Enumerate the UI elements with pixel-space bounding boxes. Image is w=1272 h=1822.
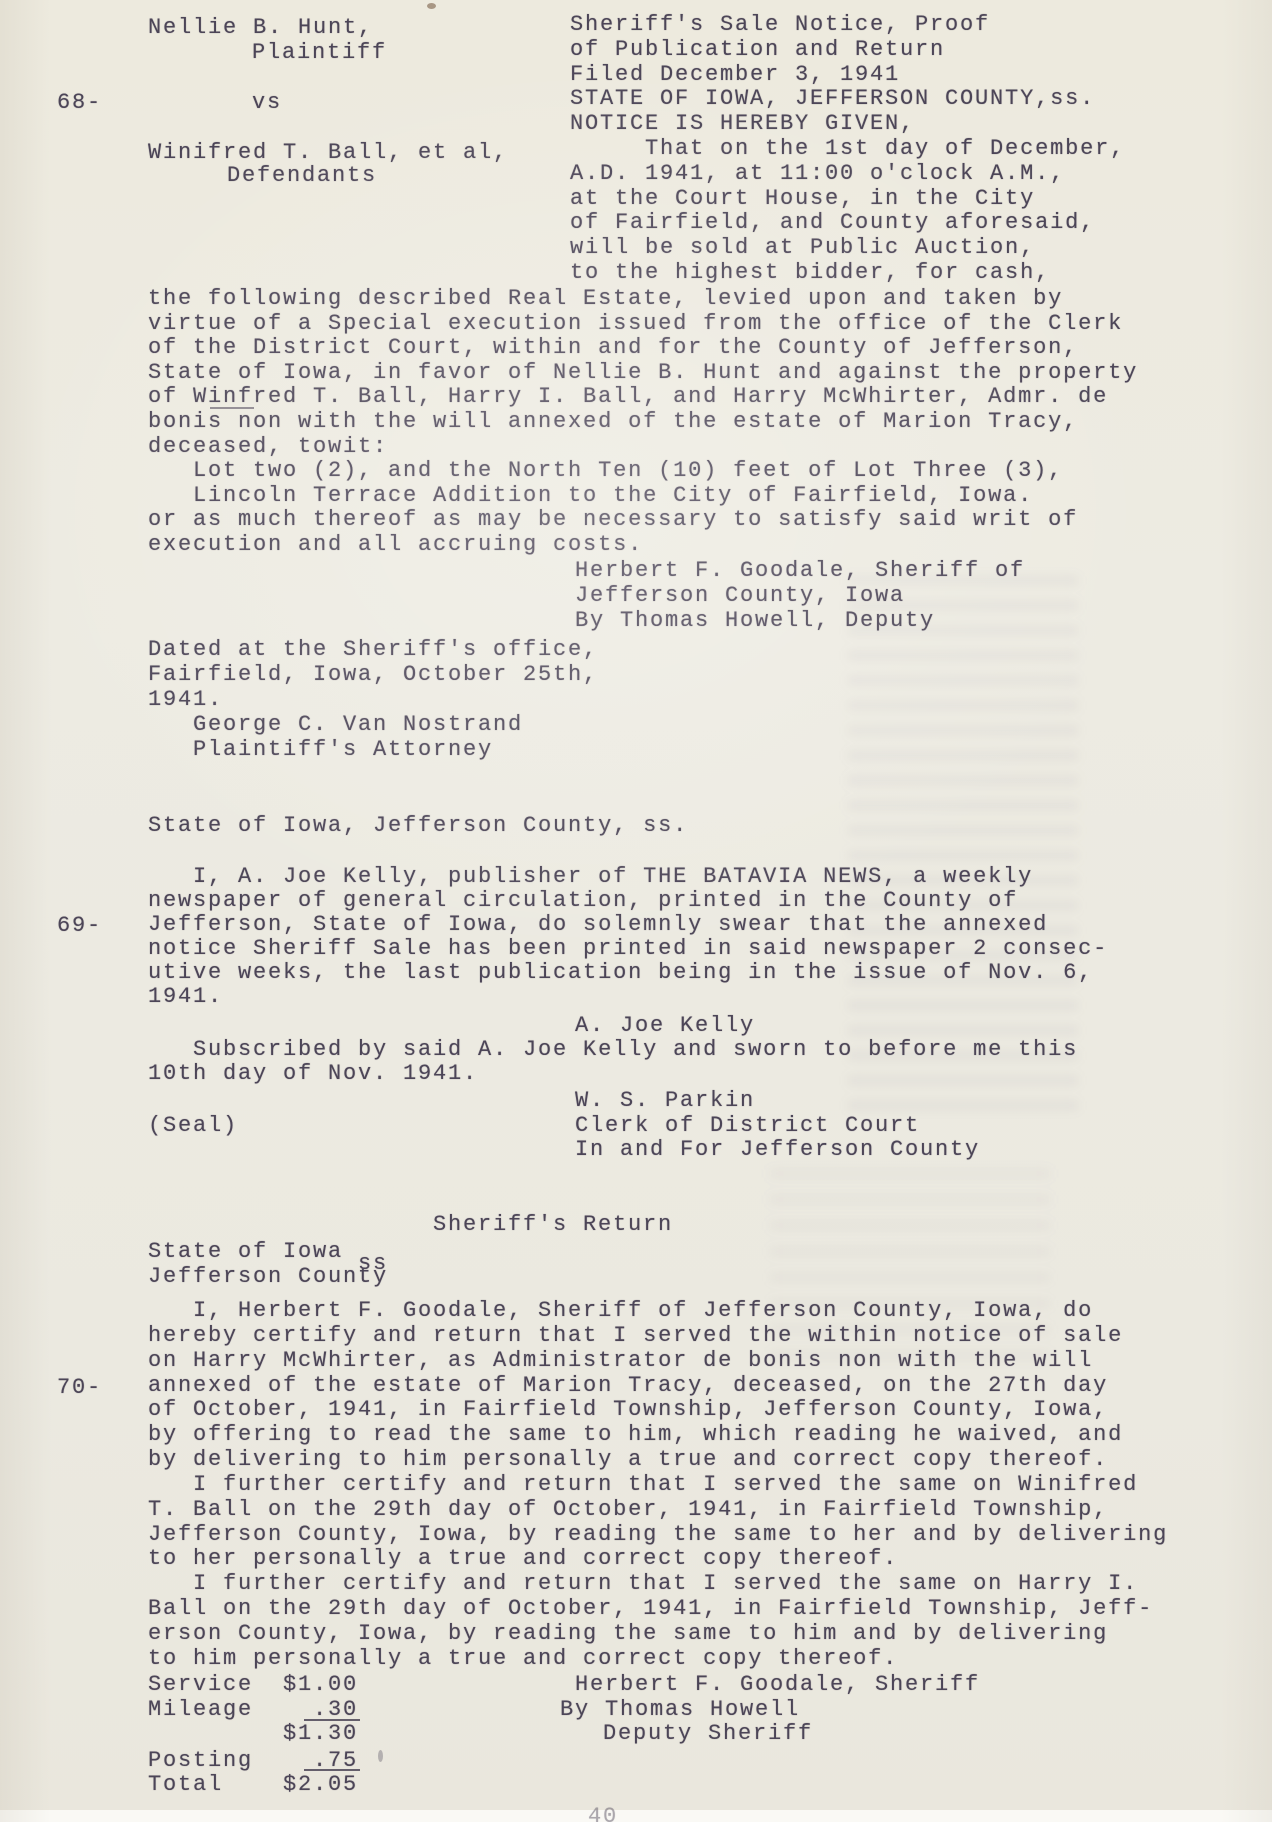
paper-speck (427, 3, 436, 9)
affidavit-venue-line: State of Iowa, Jefferson County, ss. (148, 813, 688, 838)
cost-label: Service (148, 1672, 253, 1697)
subscription-statement: Subscribed by said A. Joe Kelly and swor… (148, 1038, 1078, 1086)
notary-name: W. S. Parkin (575, 1088, 755, 1113)
cost-label: Posting (148, 1748, 253, 1773)
notary-title: Clerk of District Court (575, 1113, 920, 1138)
scan-edge (0, 1810, 1272, 1822)
publication-affidavit-block: I, A. Joe Kelly, publisher of THE BATAVI… (148, 865, 1108, 1009)
page-number-partial: 40 (588, 1804, 618, 1822)
cost-amount: $1.00 (283, 1672, 358, 1697)
return-venue-county: Jefferson County (148, 1264, 388, 1289)
publisher-signature: A. Joe Kelly (575, 1013, 755, 1038)
sheriffs-return-heading: Sheriff's Return (433, 1212, 673, 1237)
cost-amount: $2.05 (283, 1772, 358, 1797)
return-venue-state: State of Iowa (148, 1239, 343, 1264)
plaintiff-role-label: Plaintiff (252, 40, 387, 65)
sheriffs-return-body: I, Herbert F. Goodale, Sheriff of Jeffer… (148, 1299, 1168, 1672)
notice-body-block: the following described Real Estate, lev… (148, 287, 1138, 558)
notice-header-block: Sheriff's Sale Notice, Proof of Publicat… (570, 13, 1125, 286)
dated-block: Dated at the Sheriff's office, Fairfield… (148, 637, 598, 762)
return-signature-by: By Thomas Howell (560, 1697, 800, 1722)
sum-rule (304, 1769, 360, 1771)
defendant-role-label: Defendants (227, 163, 377, 188)
plaintiff-name: Nellie B. Hunt, (148, 15, 373, 40)
return-signature-title: Deputy Sheriff (603, 1721, 813, 1746)
cost-amount: $1.30 (283, 1721, 358, 1746)
cost-label: Total (148, 1772, 223, 1797)
cost-label: Mileage (148, 1697, 253, 1722)
paper-speck (378, 1750, 383, 1762)
vs-label: vs (252, 90, 282, 115)
return-signature-name: Herbert F. Goodale, Sheriff (575, 1672, 980, 1697)
document-page: Nellie B. Hunt, Plaintiff 68- vs Winifre… (0, 0, 1272, 1822)
case-number-69: 69- (57, 913, 102, 938)
bleed-through-smudge (848, 570, 1078, 1110)
sum-rule (304, 1719, 360, 1721)
seal-note: (Seal) (148, 1113, 238, 1138)
defendant-name: Winifred T. Ball, et al, (148, 140, 508, 165)
case-number-70: 70- (57, 1375, 102, 1400)
notary-title-2: In and For Jefferson County (575, 1137, 980, 1162)
sheriff-signature-block: Herbert F. Goodale, Sheriff of Jefferson… (575, 558, 1025, 633)
case-number-68: 68- (57, 90, 102, 115)
